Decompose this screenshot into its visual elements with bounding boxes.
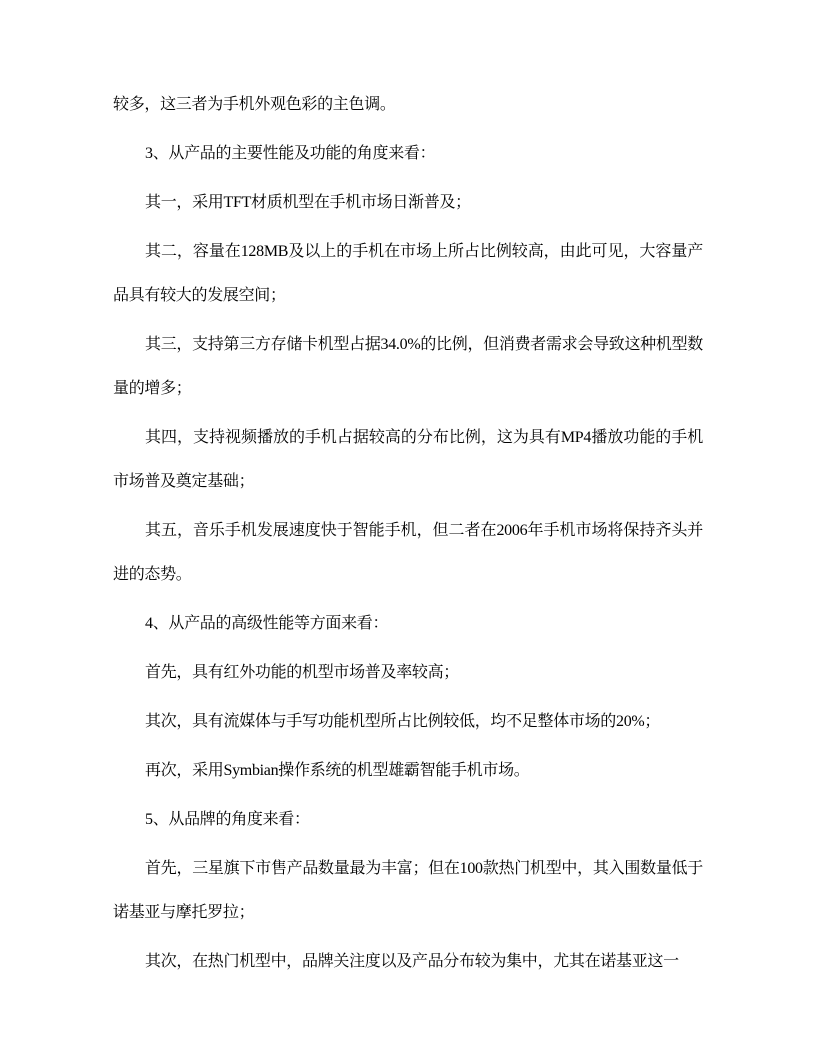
- paragraph: 较多，这三者为手机外观色彩的主色调。: [113, 83, 703, 127]
- paragraph: 其五，音乐手机发展速度快于智能手机，但二者在2006年手机市场将保持齐头并进的态…: [113, 509, 703, 597]
- paragraph: 首先，具有红外功能的机型市场普及率较高；: [113, 651, 703, 695]
- paragraph: 其二，容量在128MB及以上的手机在市场上所占比例较高，由此可见，大容量产品具有…: [113, 230, 703, 318]
- document-content: 较多，这三者为手机外观色彩的主色调。 3、从产品的主要性能及功能的角度来看： 其…: [113, 83, 703, 984]
- paragraph: 其次，在热门机型中，品牌关注度以及产品分布较为集中，尤其在诺基亚这一: [113, 940, 703, 984]
- paragraph: 其一，采用TFT材质机型在手机市场日渐普及；: [113, 181, 703, 225]
- paragraph: 首先，三星旗下市售产品数量最为丰富；但在100款热门机型中，其入围数量低于诺基亚…: [113, 847, 703, 935]
- paragraph: 其四，支持视频播放的手机占据较高的分布比例，这为具有MP4播放功能的手机市场普及…: [113, 416, 703, 504]
- paragraph: 其次，具有流媒体与手写功能机型所占比例较低，均不足整体市场的20%；: [113, 700, 703, 744]
- document-page: 较多，这三者为手机外观色彩的主色调。 3、从产品的主要性能及功能的角度来看： 其…: [0, 0, 816, 1056]
- paragraph: 3、从产品的主要性能及功能的角度来看：: [113, 132, 703, 176]
- paragraph: 其三，支持第三方存储卡机型占据34.0%的比例，但消费者需求会导致这种机型数量的…: [113, 323, 703, 411]
- paragraph: 再次，采用Symbian操作系统的机型雄霸智能手机市场。: [113, 749, 703, 793]
- paragraph: 5、从品牌的角度来看：: [113, 798, 703, 842]
- paragraph: 4、从产品的高级性能等方面来看：: [113, 602, 703, 646]
